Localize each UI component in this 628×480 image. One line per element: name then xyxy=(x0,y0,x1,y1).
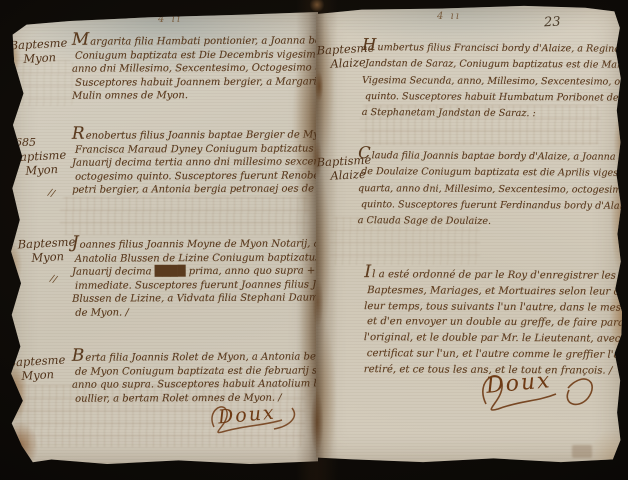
ink-bleedthrough xyxy=(60,197,310,235)
note-line: leur temps, tous suivants l'un l'autre, … xyxy=(364,299,628,317)
entry-line: Renobertus filius Joannis baptae Bergier… xyxy=(72,126,356,143)
entry-line: Coniugum baptizata est Die Decembris vig… xyxy=(75,48,353,63)
entry-line: de Myon. / xyxy=(75,305,354,320)
entry-line: Susceptores habuit Joannem bergier, a Ma… xyxy=(75,75,353,90)
entry-line: a Stephanetam Jandstan de Saraz. : xyxy=(362,105,628,123)
entry-line: anno quo supra. Susceptores habuit Anato… xyxy=(72,377,351,392)
entry-line: a Clauda Sage de Doulaize. xyxy=(358,213,628,231)
entry-line: de Myon Coniugum baptizata est die febru… xyxy=(75,364,351,379)
entry-line: octogesimo quinto. Susceptores fuerunt R… xyxy=(75,169,356,184)
note-line: Baptesmes, Mariages, et Mortuaires selon… xyxy=(367,283,628,301)
margin-note-baptism-myon: Baptesme Myon xyxy=(17,236,76,266)
entry-line: Joannes filius Joannis Moyne de Myon Not… xyxy=(72,235,354,252)
entry-line: anno dni Millesimo, Sexcentesimo, Octoge… xyxy=(72,61,353,76)
margin-note-baptism-myon: Baptesme Myon xyxy=(9,37,68,67)
margin-note-baptism-myon: Baptesme Myon xyxy=(7,354,66,384)
check-mark: // xyxy=(46,187,56,200)
baptism-entry: Joannes filius Joannis Moyne de Myon Not… xyxy=(72,235,355,320)
page-number: 23 xyxy=(544,15,561,31)
entry-line: Anatolia Blussen de Lizine Coniugum bapt… xyxy=(75,251,354,266)
margin-line: Myon xyxy=(31,249,76,265)
archive-stamp-ghost xyxy=(572,445,592,458)
entry-line: Francisca Maraud Dyney Coniugum baptizat… xyxy=(75,142,356,157)
signature-doux: Doux xyxy=(218,404,276,426)
entry-line: Jandstan de Saraz, Coniugum baptizatus e… xyxy=(365,56,628,74)
entry-line: quinto. Susceptores fuerunt Ferdinandus … xyxy=(361,197,628,215)
check-mark: // xyxy=(48,273,58,286)
manuscript-scan: { "ink_color": "#5a3a1e", "paper_color":… xyxy=(0,0,628,480)
folio-mark: 4 ıı xyxy=(437,11,461,22)
entry-line: Januarij decima ████ prima, anno quo sup… xyxy=(72,264,354,279)
ink-bleedthrough xyxy=(10,60,74,106)
entry-line: quinto. Susceptores habuit Humbatum Pori… xyxy=(365,89,628,107)
note-line: Il a esté ordonné de par le Roy d'enregi… xyxy=(364,265,628,285)
entry-line: immediate. Susceptores fuerunt Joannes f… xyxy=(75,278,354,293)
margin-line: Myon xyxy=(25,162,67,178)
note-line: l'original, et le double par Mr. le Lieu… xyxy=(364,330,628,348)
entry-line: petri bergier, a Antonia bergia petronae… xyxy=(72,183,356,198)
right-page: 4 ıı 23 Baptesme Alaize Humbertus filius… xyxy=(316,5,622,463)
entry-line: Vigesima Secunda, anno, Millesimo, Sexce… xyxy=(362,73,628,91)
year-label: 1685 xyxy=(8,136,36,149)
entry-line: Clauda filia Joannis baptae bordy d'Alai… xyxy=(358,145,628,166)
margin-line: Myon xyxy=(21,367,66,383)
entry-line: Humbertus filius Francisci bordy d'Alaiz… xyxy=(362,37,628,58)
entry-line: Mulin omnes de Myon. xyxy=(72,89,353,104)
signature-doux: Doux xyxy=(486,371,551,396)
folio-mark: 4 ıı xyxy=(158,14,182,25)
baptism-entry: Clauda filia Joannis baptae bordy d'Alai… xyxy=(358,145,628,231)
baptism-entry: Renobertus filius Joannis baptae Bergier… xyxy=(72,126,356,197)
left-page: 4 ıı Baptesme Myon Margarita filia Hamba… xyxy=(8,12,318,464)
note-line: et d'en envoyer un double au greffe, de … xyxy=(367,314,628,332)
entry-line: Blussen de Lizine, a Vidvata filia Steph… xyxy=(72,292,354,307)
entry-line: Berta filia Joannis Rolet de Myon, a Ant… xyxy=(72,348,351,365)
baptism-entry: Margarita filia Hambati pontionier, a Jo… xyxy=(72,32,353,103)
entry-line: Januarij decima tertia anno dni millesim… xyxy=(72,155,356,170)
entry-line: Margarita filia Hambati pontionier, a Jo… xyxy=(72,32,353,49)
baptism-entry: Humbertus filius Francisci bordy d'Alaiz… xyxy=(362,37,628,123)
margin-line: Myon xyxy=(23,50,68,66)
margin-note-baptism-myon: Baptisme Myon xyxy=(11,149,67,179)
entry-line: quarta, anno dni, Millesimo, Sexcentesim… xyxy=(358,181,628,199)
entry-line: de Doulaize Coniugum baptizata est die A… xyxy=(361,164,628,182)
